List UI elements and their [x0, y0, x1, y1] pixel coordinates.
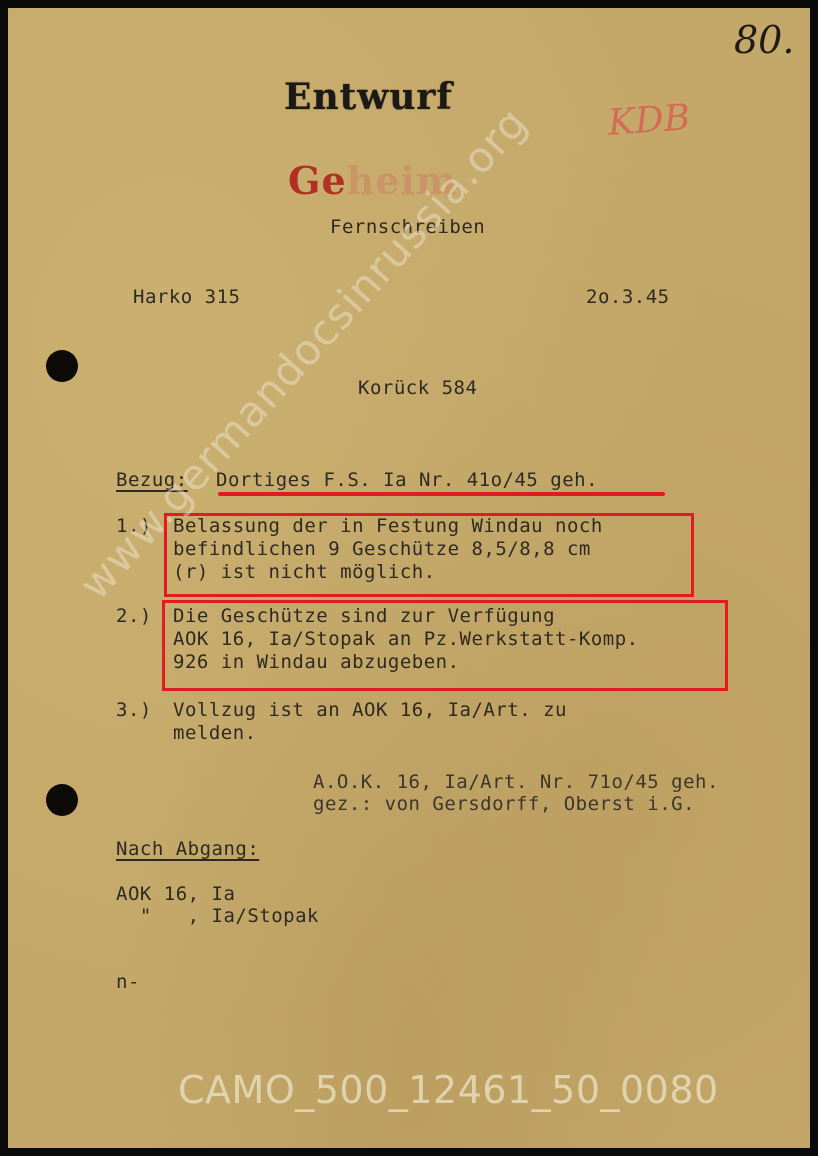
sender: Harko 315 [133, 286, 240, 308]
item-line: melden. [173, 722, 257, 744]
page-number: 80. [734, 18, 794, 62]
punch-hole-bottom [46, 784, 78, 816]
document-page: 80. Entwurf KDB Geheim Fernschreiben Har… [8, 8, 810, 1148]
highlight-underline [218, 492, 665, 496]
draft-stamp: Entwurf [284, 76, 453, 118]
highlight-box-item-2 [162, 600, 728, 691]
distribution-line: " , Ia/Stopak [116, 905, 319, 927]
distribution-line: AOK 16, Ia [116, 883, 235, 905]
date: 2o.3.45 [586, 286, 670, 308]
item-number: 3.) [116, 699, 152, 721]
watermark-archive-id: CAMO_500_12461_50_0080 [178, 1068, 719, 1112]
punch-hole-top [46, 350, 78, 382]
highlight-box-item-1 [164, 513, 694, 597]
reference-text: Dortiges F.S. Ia Nr. 41o/45 geh. [216, 469, 598, 491]
recipient: Korück 584 [358, 377, 477, 399]
signature-reference: A.O.K. 16, Ia/Art. Nr. 71o/45 geh. [313, 771, 719, 793]
distribution-label: Nach Abgang: [116, 838, 259, 860]
item-number: 2.) [116, 605, 152, 627]
stamp-strong-part: Ge [288, 158, 347, 203]
footer-mark: n- [116, 971, 140, 993]
handwritten-initials: KDB [607, 97, 692, 144]
item-line: Vollzug ist an AOK 16, Ia/Art. zu [173, 699, 567, 721]
signature-name: gez.: von Gersdorff, Oberst i.G. [313, 793, 695, 815]
